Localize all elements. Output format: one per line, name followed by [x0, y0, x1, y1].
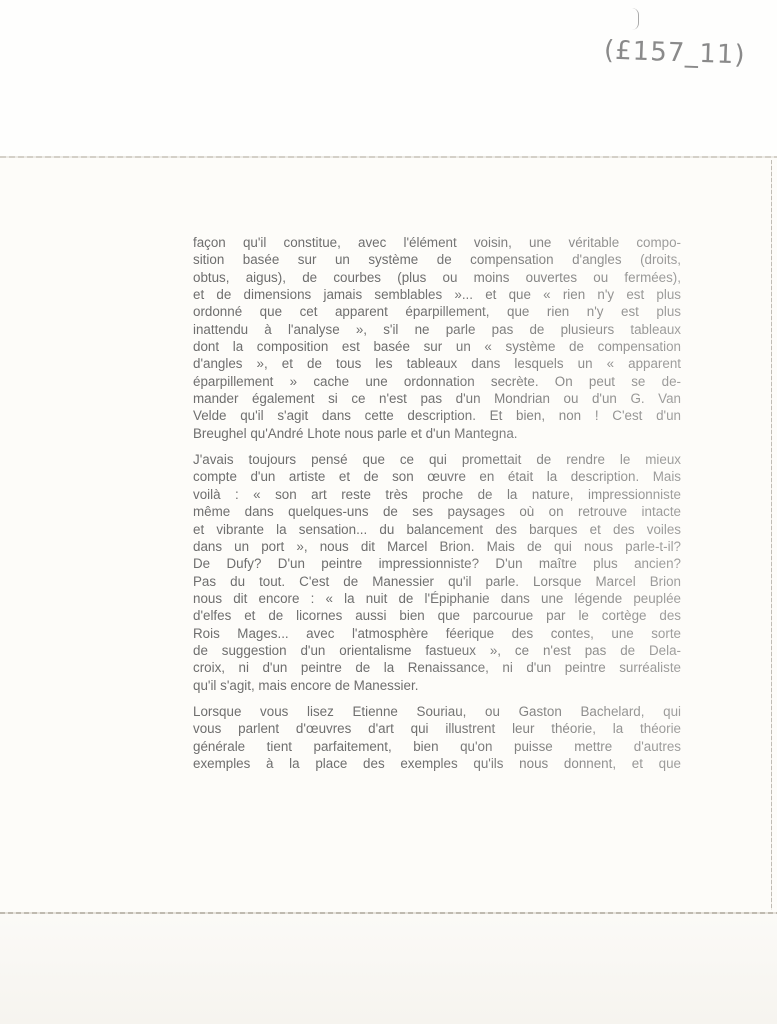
text-line: Rois Mages... avec l'atmosphère féerique…	[193, 625, 681, 642]
text-line: d'elfes et de licornes aussi bien que pa…	[193, 607, 681, 624]
text-line: d'angles », et de tous les tableaux dans…	[193, 355, 681, 372]
text-line: ordonné que cet apparent éparpillement, …	[193, 303, 681, 320]
text-line: inattendu à l'analyse », s'il ne parle p…	[193, 321, 681, 338]
paragraph-1: façon qu'il constitue, avec l'élément vo…	[193, 234, 681, 442]
text-line: De Dufy? D'un peintre impressionniste? D…	[193, 555, 681, 572]
text-line: J'avais toujours pensé que ce qui promet…	[193, 451, 681, 468]
page-edge-top	[0, 156, 777, 158]
text-line: Velde qu'il s'agit dans cette descriptio…	[193, 407, 681, 424]
text-line: croix, ni d'un peintre de la Renaissance…	[193, 659, 681, 676]
paragraph-3: Lorsque vous lisez Etienne Souriau, ou G…	[193, 703, 681, 772]
text-line: même dans quelques-uns de ses paysages o…	[193, 503, 681, 520]
text-line: voilà : « son art reste très proche de l…	[193, 486, 681, 503]
text-line: mander également si ce n'est pas d'un Mo…	[193, 390, 681, 407]
text-line: dont la composition est basée sur un « s…	[193, 338, 681, 355]
scan-background-bottom	[0, 914, 777, 1024]
handwritten-mark	[632, 8, 639, 30]
text-line: Pas du tout. C'est de Manessier qu'il pa…	[193, 573, 681, 590]
text-line: dans un port », nous dit Marcel Brion. M…	[193, 538, 681, 555]
paragraph-2: J'avais toujours pensé que ce qui promet…	[193, 451, 681, 694]
text-line: et de dimensions jamais semblables »... …	[193, 286, 681, 303]
text-line: façon qu'il constitue, avec l'élément vo…	[193, 234, 681, 251]
scan-background-top	[0, 0, 777, 158]
text-line: de suggestion d'un orientalisme fastueux…	[193, 642, 681, 659]
text-line: générale tient parfaitement, bien qu'on …	[193, 738, 681, 755]
text-line: nous dit encore : « la nuit de l'Épiphan…	[193, 590, 681, 607]
text-line: éparpillement » cache une ordonnation se…	[193, 373, 681, 390]
text-line: Breughel qu'André Lhote nous parle et d'…	[193, 425, 681, 442]
text-line: sition basée sur un système de compensat…	[193, 251, 681, 268]
document-body: façon qu'il constitue, avec l'élément vo…	[193, 234, 681, 781]
text-line: compte d'un artiste et de son œuvre en é…	[193, 468, 681, 485]
handwritten-reference: (£157_11)	[604, 36, 747, 71]
text-line: exemples à la place des exemples qu'ils …	[193, 755, 681, 772]
text-line: Lorsque vous lisez Etienne Souriau, ou G…	[193, 703, 681, 720]
text-line: qu'il s'agit, mais encore de Manessier.	[193, 677, 681, 694]
page-edge-right	[771, 160, 772, 910]
text-line: vous parlent d'œuvres d'art qui illustre…	[193, 720, 681, 737]
text-line: obtus, aigus), de courbes (plus ou moins…	[193, 269, 681, 286]
text-line: et vibrante la sensation... du balanceme…	[193, 521, 681, 538]
